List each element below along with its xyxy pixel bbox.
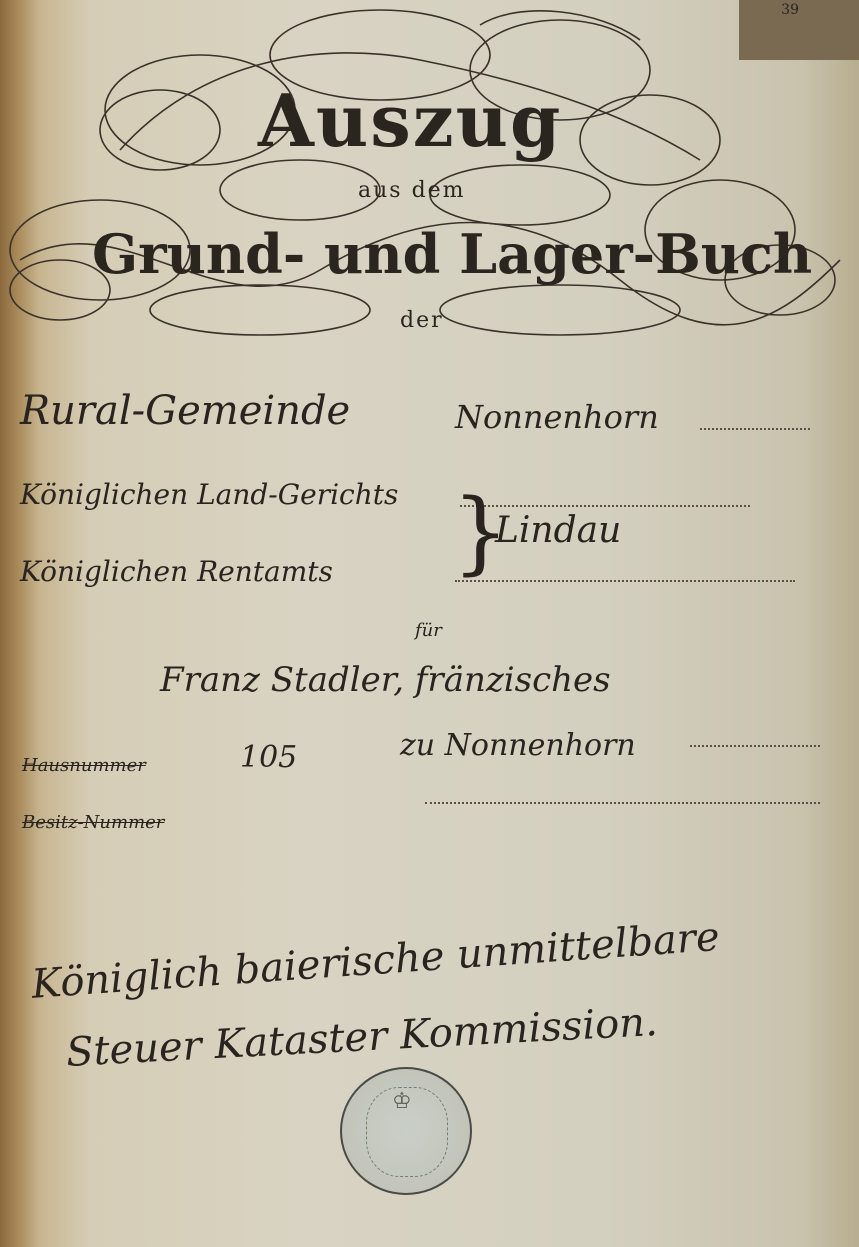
gemeinde-value: Nonnenhorn (455, 398, 659, 436)
title-der: der (400, 308, 444, 333)
crown-icon: ♔ (392, 1089, 412, 1114)
fuer-label: für (415, 620, 442, 641)
document-page: 39 Auszug aus dem Grund- und Lager-Buch … (0, 0, 859, 1247)
title-auszug: Auszug (258, 78, 562, 163)
commission-line-2: Steuer Kataster Kommission. (65, 999, 659, 1076)
commission-line-1: Königlich baierische unmittelbare (30, 914, 721, 1008)
dotted-line (425, 802, 820, 804)
district-value: Lindau (495, 510, 621, 551)
hausnummer-label: Hausnummer (22, 755, 146, 776)
hausnummer-value: 105 (240, 740, 297, 775)
landgericht-label: Königlichen Land-Gerichts (20, 478, 398, 511)
owner-value: Franz Stadler, fränzisches (160, 660, 611, 700)
title-grund-und-lager-buch: Grund- und Lager-Buch (92, 222, 812, 286)
gemeinde-label: Rural-Gemeinde (20, 388, 350, 434)
dotted-line (700, 428, 810, 430)
royal-seal-stamp: ♔ (340, 1067, 472, 1195)
besitz-label: Besitz-Nummer (22, 812, 164, 833)
dotted-line (690, 745, 820, 747)
title-aus-dem: aus dem (358, 178, 466, 203)
rentamt-label: Königlichen Rentamts (20, 555, 333, 588)
location-value: zu Nonnenhorn (400, 728, 636, 763)
